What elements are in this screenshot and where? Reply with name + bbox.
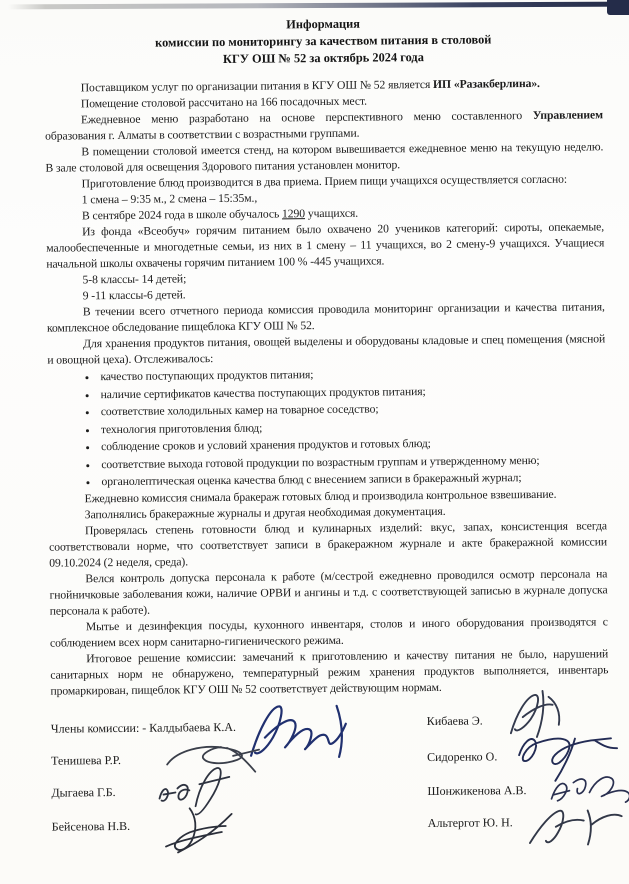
signature-kibaeva	[498, 688, 573, 741]
signer-dygaeva: Дыгаева Г.Б.	[51, 785, 115, 801]
signature-shonzhikenova	[543, 770, 629, 811]
signer-tenisheva: Тенишева Р.Р.	[51, 752, 121, 768]
paragraph-vseobuch-fund: Из фонда «Всеобуч» горячим питанием было…	[46, 219, 604, 272]
paragraph-final-decision: Итоговое решение комиссии: замечаний к п…	[50, 646, 608, 699]
signer-kibaeva: Кибаева Э.	[427, 713, 483, 729]
signer-shonzhikenova: Шонжикенова А.В.	[427, 783, 526, 799]
text-run-bold: ИП «Разакберлина».	[433, 77, 540, 91]
signer-sidorenko: Сидоренко О.	[427, 749, 497, 765]
document-title: Информация комиссии по мониторингу за ка…	[44, 13, 602, 69]
document-content: Информация комиссии по мониторингу за ка…	[44, 13, 610, 877]
signature-altergot	[522, 802, 627, 853]
text-run-bold: Управлением	[533, 108, 603, 122]
signature-sidorenko	[509, 726, 625, 787]
signature-kaldybaeva	[241, 696, 364, 761]
text-run: Поставщиком услуг по организации питания…	[81, 78, 433, 94]
paragraph-storage: Для хранения продуктов питания, овощей в…	[47, 331, 605, 368]
paragraph-sanitation: Мытье и дезинфекция посуды, кухонного ин…	[50, 614, 608, 651]
paragraph-staff-control: Велся контроль допуска персонала к работ…	[49, 566, 607, 619]
text-run: В сентябре 2024 года в школе обучалось	[82, 207, 282, 222]
text-run: образования г. Алматы в соответствии с в…	[45, 127, 359, 143]
paragraph-readiness-check: Проверялась степень готовности блюд и ку…	[49, 518, 607, 571]
signature-dygaeva	[151, 763, 247, 822]
underlined-number: 1290	[282, 207, 305, 220]
document-page: Информация комиссии по мониторингу за ка…	[0, 0, 629, 884]
signer-beisenova: Бейсенова Н.В.	[52, 818, 131, 834]
paragraph-menu: Ежедневное меню разработано на основе пе…	[45, 107, 603, 144]
text-run: Ежедневное меню разработано на основе пе…	[81, 109, 533, 126]
scan-corner-artifact	[607, 0, 629, 15]
paragraph-monitoring-period: В течении всего отчетного периода комисс…	[47, 299, 605, 336]
signer-kaldybaeva: Члены комиссии: - Калдыбаева К.А.	[51, 719, 236, 736]
scan-edge-artifact	[8, 2, 629, 10]
signature-block: Члены комиссии: - Калдыбаева К.А. Тенише…	[51, 712, 611, 877]
signature-beisenova	[160, 801, 246, 858]
monitoring-checklist: качество поступающих продуктов питания; …	[47, 363, 606, 491]
paragraph-stand-monitor: В помещении столовой имеется стенд, на к…	[45, 139, 603, 176]
signer-altergot: Альтергот Ю. Н.	[428, 815, 513, 831]
signature-tenisheva	[163, 741, 263, 778]
text-run: учащихся.	[305, 207, 358, 221]
